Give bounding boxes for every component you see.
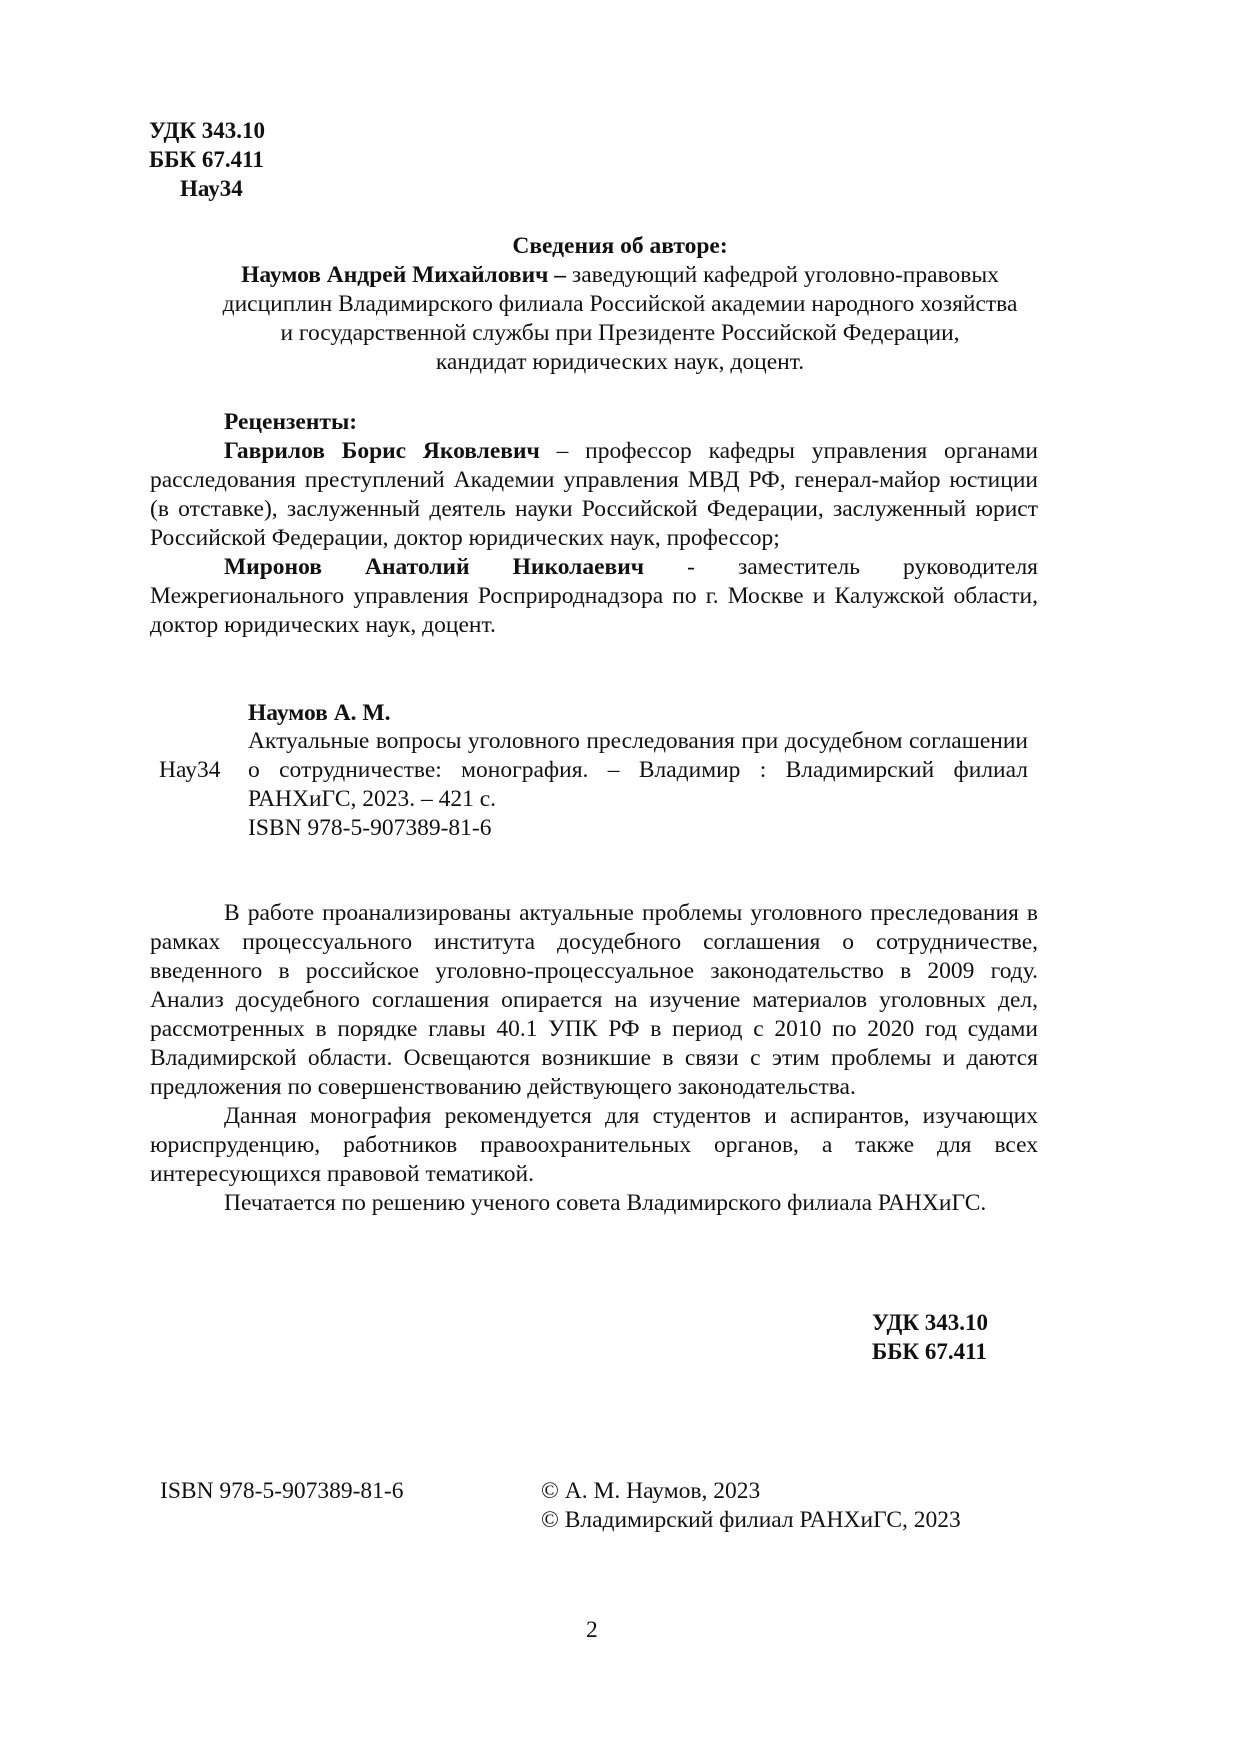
abstract: В работе проанализированы актуальные про… <box>150 899 1038 1218</box>
copyright-block: © А. М. Наумов, 2023 © Владимирский фили… <box>541 1477 961 1535</box>
author-sign: Нау34 <box>149 174 265 203</box>
card-description: Актуальные вопросы уголовного преследова… <box>248 727 1028 814</box>
author-name: Наумов Андрей Михайлович – <box>241 262 566 288</box>
author-info-line: Наумов Андрей Михайлович – заведующий ка… <box>150 261 1090 290</box>
bottom-classification: УДК 343.10 ББК 67.411 <box>872 1308 988 1366</box>
reviewer-name: Гаврилов Борис Яковлевич <box>224 438 540 464</box>
abstract-paragraph: Данная монография рекомендуется для студ… <box>150 1102 1038 1189</box>
copyright-author: © А. М. Наумов, 2023 <box>541 1477 961 1506</box>
card-isbn: ISBN 978-5-907389-81-6 <box>248 814 1028 843</box>
udk-code: УДК 343.10 <box>149 116 265 145</box>
abstract-paragraph: В работе проанализированы актуальные про… <box>150 899 1038 1102</box>
card-code: Нау34 <box>159 756 220 785</box>
author-info: Сведения об авторе: Наумов Андрей Михайл… <box>150 232 1090 377</box>
page-number: 2 <box>586 1616 598 1645</box>
classification-block: УДК 343.10 ББК 67.411 Нау34 <box>149 116 265 203</box>
card-body: Актуальные вопросы уголовного преследова… <box>248 727 1028 843</box>
author-info-line: дисциплин Владимирского филиала Российск… <box>150 290 1090 319</box>
footer-isbn: ISBN 978-5-907389-81-6 <box>160 1477 403 1506</box>
card-author: Наумов А. М. <box>248 699 390 728</box>
author-info-line: и государственной службы при Президенте … <box>150 319 1090 348</box>
reviewers-section: Рецензенты: Гаврилов Борис Яковлевич – п… <box>150 408 1038 640</box>
reviewers-heading: Рецензенты: <box>150 408 1038 437</box>
udk-code: УДК 343.10 <box>872 1308 988 1337</box>
reviewer-entry: Гаврилов Борис Яковлевич – профессор каф… <box>150 437 1038 553</box>
abstract-paragraph: Печатается по решению ученого совета Вла… <box>150 1189 1038 1218</box>
reviewer-entry: Миронов Анатолий Николаевич - заместител… <box>150 553 1038 640</box>
copyright-publisher: © Владимирский филиал РАНХиГС, 2023 <box>541 1506 961 1535</box>
reviewer-name: Миронов Анатолий Николаевич <box>224 554 644 580</box>
bbk-code: ББК 67.411 <box>872 1337 988 1366</box>
author-info-heading: Сведения об авторе: <box>150 232 1090 261</box>
bbk-code: ББК 67.411 <box>149 145 265 174</box>
author-info-line: кандидат юридических наук, доцент. <box>150 348 1090 377</box>
